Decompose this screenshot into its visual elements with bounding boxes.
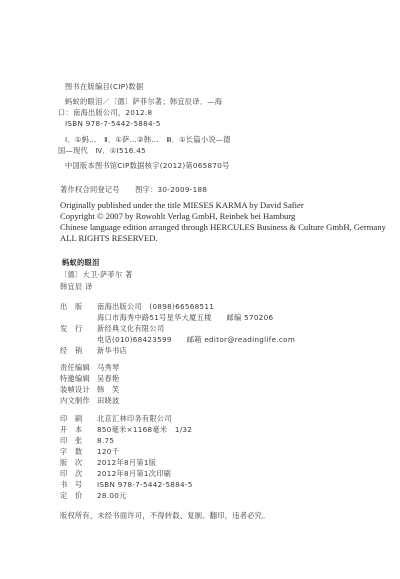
cip-verify: 中国版本图书馆CIP数据核字(2012)第065870号 — [65, 161, 230, 171]
row-label: 印 张 — [60, 435, 97, 446]
row-value: 海口市海秀中路51号星华大厦五楼 邮编 570206 — [97, 313, 273, 322]
row-value: 新华书店 — [97, 346, 127, 355]
row-label: 字 数 — [60, 446, 97, 457]
spec-row: 定 价28.00元 — [60, 490, 127, 501]
row-value: 电话(010)68423599 邮箱 editor@readinglife.co… — [97, 335, 295, 344]
row-value: 新经典文化有限公司 — [97, 324, 164, 333]
cip-line: 蚂蚁的眼泪／〔德〕萨菲尔著；韩宜辰译．—海 — [65, 97, 222, 107]
row-label: 印 刷 — [60, 413, 97, 424]
row-label: 内文制作 — [60, 395, 97, 406]
cip-line: Ⅰ．①蚂… Ⅱ．①萨…②韩… Ⅲ．①长篇小说—德 — [65, 135, 231, 145]
row-label: 书 号 — [60, 479, 97, 490]
book-title: 蚂蚁的眼泪 — [62, 258, 99, 268]
distributor-row: 发 行新经典文化有限公司 — [60, 323, 164, 334]
spec-row: 印 次2012年8月第1次印刷 — [60, 468, 171, 479]
row-value: 120千 — [97, 447, 119, 456]
row-label: 出 版 — [60, 301, 97, 312]
english-line: Copyright © 2007 by Rowohlt Verlag GmbH,… — [60, 211, 295, 221]
copyright-registration: 著作权合同登记号 图字：30-2009-188 — [60, 185, 207, 195]
row-label: 印 次 — [60, 468, 97, 479]
row-label: 责任编辑 — [60, 362, 97, 373]
spec-row: 开 本850毫米×1168毫米 1/32 — [60, 424, 192, 435]
english-line: Chinese language edition arranged throug… — [60, 222, 386, 232]
copyright-reg-value: 图字：30-2009-188 — [135, 185, 207, 194]
staff-row: 特邀编辑吴春艳 — [60, 373, 119, 384]
row-value: 北京汇林印务有限公司 — [97, 414, 172, 423]
cip-line: 口：南海出版公司，2012.8 — [58, 108, 152, 118]
row-label: 经 销 — [60, 345, 97, 356]
row-value: 2012年8月第1版 — [97, 458, 156, 467]
row-value: 马秀琴 — [97, 363, 119, 372]
rights-notice: 版权所有，未经书面许可，不得转载、复制、翻印，违者必究。 — [60, 511, 270, 521]
row-label: 定 价 — [60, 490, 97, 501]
distributor-contact-row: 电话(010)68423599 邮箱 editor@readinglife.co… — [60, 334, 295, 345]
publisher-address-row: 海口市海秀中路51号星华大厦五楼 邮编 570206 — [60, 312, 273, 323]
publisher-row: 出 版南海出版公司 (0898)66568511 — [60, 301, 214, 312]
row-value: 8.75 — [97, 436, 114, 445]
row-value: ISBN 978-7-5442-5884-5 — [97, 480, 193, 489]
row-value: 吴春艳 — [97, 374, 119, 383]
spec-row: 版 次2012年8月第1版 — [60, 457, 156, 468]
spec-row: 印 张8.75 — [60, 435, 114, 446]
row-label: 版 次 — [60, 457, 97, 468]
row-value: 2012年8月第1次印刷 — [97, 469, 171, 478]
row-label: 发 行 — [60, 323, 97, 334]
row-value: 28.00元 — [97, 491, 127, 500]
row-value: 850毫米×1168毫米 1/32 — [97, 425, 192, 434]
spec-row: 印 刷北京汇林印务有限公司 — [60, 413, 172, 424]
copyright-reg-label: 著作权合同登记号 — [60, 185, 120, 194]
staff-row: 装帧设计韩 笑 — [60, 384, 119, 395]
row-value: 南海出版公司 (0898)66568511 — [97, 302, 214, 311]
row-label: 装帧设计 — [60, 384, 97, 395]
spec-row: 书 号ISBN 978-7-5442-5884-5 — [60, 479, 193, 490]
row-value: 韩 笑 — [97, 385, 119, 394]
book-translator: 韩宜辰 译 — [60, 282, 93, 292]
english-line: ALL RIGHTS RESERVED. — [60, 233, 158, 243]
seller-row: 经 销新华书店 — [60, 345, 127, 356]
english-line: Originally published under the title MIE… — [60, 200, 304, 210]
cip-line: ISBN 978-7-5442-5884-5 — [65, 119, 161, 128]
cip-line: 国—现代 Ⅳ．①I516.45 — [58, 146, 146, 156]
spec-row: 字 数120千 — [60, 446, 119, 457]
row-label: 特邀编辑 — [60, 373, 97, 384]
staff-row: 内文制作田晓波 — [60, 395, 119, 406]
cip-title: 图书在版编目(CIP)数据 — [65, 82, 143, 92]
row-value: 田晓波 — [97, 396, 119, 405]
book-author: 〔德〕大卫·萨菲尔 著 — [60, 270, 133, 280]
row-label: 开 本 — [60, 424, 97, 435]
staff-row: 责任编辑马秀琴 — [60, 362, 119, 373]
